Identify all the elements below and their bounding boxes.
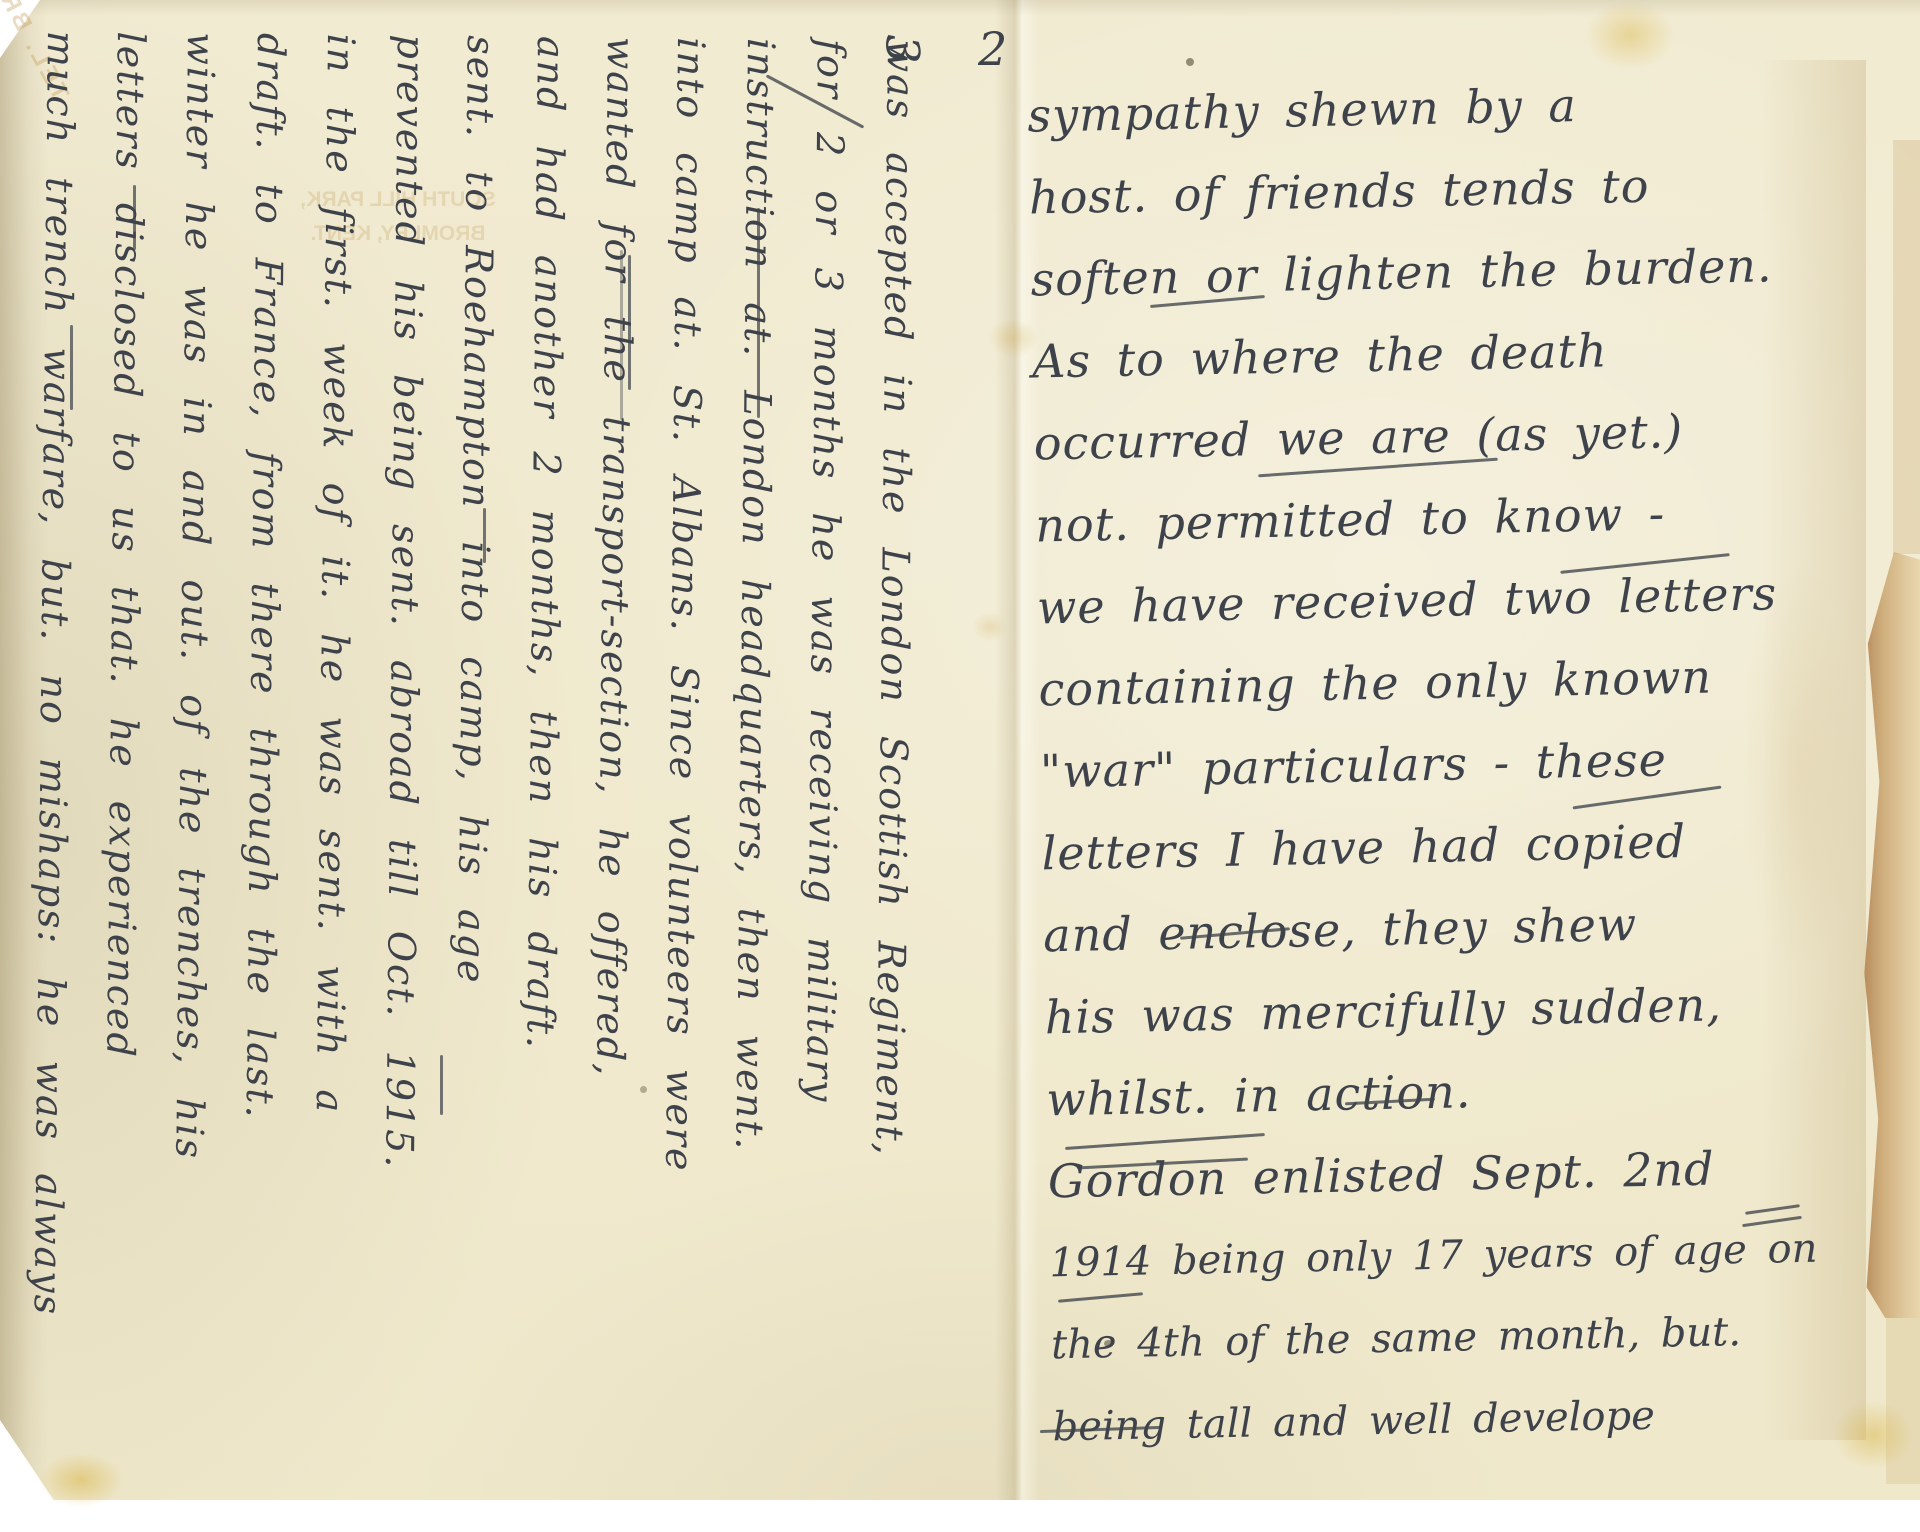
ink-stroke [483, 508, 486, 563]
ink-stroke [620, 250, 623, 420]
page-left: was accepted in the London Scottish Regi… [28, 40, 936, 1502]
ink-fleck [1186, 58, 1194, 66]
scanner-margin-bottom [0, 1500, 1920, 1532]
ink-stroke [440, 1055, 443, 1115]
page-number-right: 2 [978, 22, 1007, 76]
ink-stroke [628, 255, 631, 390]
ink-stroke [70, 325, 73, 410]
ink-stroke [757, 208, 760, 418]
letter-scan: TEL. BROMLEY SOUTH HILL PARK, BROMLEY, K… [0, 0, 1920, 1532]
page-right: sympathy shewn by a host. of friends ten… [1027, 58, 1920, 1469]
handwriting-line: being tall and well develope [1052, 1369, 1920, 1468]
page-left-rotated-block: was accepted in the London Scottish Regi… [13, 30, 936, 1501]
ink-stroke [133, 185, 136, 250]
